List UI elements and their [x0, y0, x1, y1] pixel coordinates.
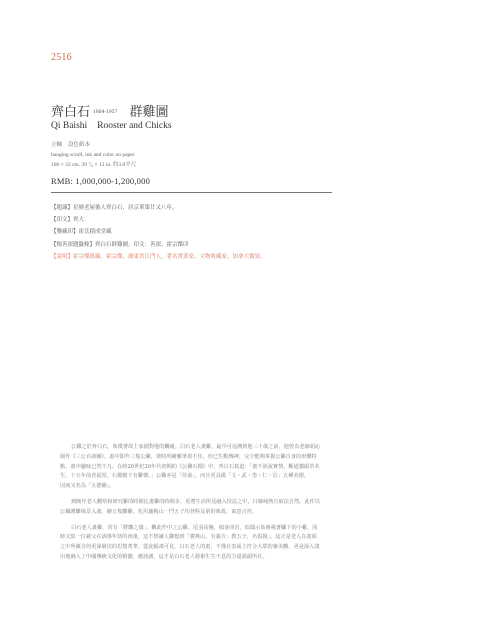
essay-line: 之中所蘊含的更深層次的思想菁華。從此幅畫可見，白石老人的畫，不僅在表面上符合大眾…	[60, 543, 426, 553]
note-inscription: 【題識】星塘老屋後人齊白石，居京華第廿又八年。	[51, 202, 266, 214]
essay-line: 出地融入了中國傳統文化的精髓，應該講，這才是白石老人藝術生生不息的力量源頭所在。	[60, 553, 426, 563]
essay-line: 生，十五年前青福厚，石榴樹下有雞聲。」公雞亦是「佳禽」，而且更具備「文・武・勇・…	[60, 472, 426, 482]
note-provenance: 【說明】霍宗傑舊藏。霍宗傑，廣東省江門人，著名實業家，文物收藏家，加拿大僑領。	[51, 251, 266, 263]
essay-paragraph: 到晚年老人觀察和研究雞的時間比畫雞的時間多，更將生活所見融入技法之中，日臻純熟且…	[60, 498, 426, 518]
title-english: Qi BaishiRooster and Chicks	[51, 121, 172, 131]
note-text: 霍氏積成堂藏	[79, 229, 112, 235]
essay-line: 白石老人畫雞，常有「將雛之儀」。觀此作中之公雞，尾羽高翹，傾身回首，似闊示始審視…	[60, 524, 426, 534]
note-seal: 【印文】齊大	[51, 214, 266, 226]
note-text: 星塘老屋後人齊白石，居京華第廿又八年。	[73, 205, 178, 211]
work-title-cn: 群雞圖	[129, 105, 168, 120]
work-title-en: Rooster and Chicks	[97, 121, 171, 131]
note-text: 齊白石群雞圖。印文：善深、霍宗傑印	[95, 242, 189, 248]
dimensions: 100 × 33 cm. 39 ⁷⁄₈ × 13 in. 約3.0平尺	[51, 160, 136, 168]
artist-name-en: Qi Baishi	[51, 121, 87, 131]
essay-line: 到晚年老人觀察和研究雞的時間比畫雞的時間多，更將生活所見融入技法之中，日臻純熟且…	[60, 498, 426, 508]
note-label: 【印文】	[51, 217, 73, 223]
essay-line: 因而又名為「五德圖」。	[60, 482, 426, 492]
title-chinese: 齊白石1864-1957群雞圖	[51, 101, 168, 120]
note-label: 【說明】	[51, 254, 73, 260]
lot-number: 2516	[51, 52, 72, 63]
essay-paragraph: 白石老人畫雞，常有「將雛之儀」。觀此作中之公雞，尾羽高翹，傾身回首，似闊示始審視…	[60, 524, 426, 563]
essay-body: 公雞之於齊白石，象徵著故土家園對他的觸碰。白石老人畫雞，最早可追溯到他三十歲之前…	[60, 443, 426, 569]
notes-list: 【題識】星塘老屋後人齊白石，居京華第廿又八年。 【印文】齊大 【鑒藏印】霍氏積成…	[51, 202, 266, 263]
estimate: RMB: 1,000,000-1,200,000	[51, 176, 150, 186]
essay-line: 時又似一位慈父在訓導年幼的孩童，這不禁讓人聯想到「竇燕山，有義方；教五子，名俱揚…	[60, 533, 426, 543]
artist-name-cn: 齊白石	[51, 105, 90, 120]
medium-cn: 設色紙本	[68, 142, 90, 148]
note-label: 【鑒藏印】	[51, 229, 79, 235]
format-english: hanging scroll, ink and color on paper	[51, 152, 135, 158]
essay-line: 園作《三公百壽圖》，畫中即作三隻公雞，彼時所繪雖筆墨不佳，但已生動傳神，完全能夠…	[60, 453, 426, 463]
note-label: 【題識】	[51, 205, 73, 211]
essay-line: 點，畫中趣味已然不凡。在約20世紀30年代初期的《公雞石榴》中，齊白石寫道：「畫…	[60, 463, 426, 473]
essay-line: 公雞護雛場景入畫，繪五隻雛雞，化用蘆梅山一門五子均登科及第的典故，寓意吉祥。	[60, 508, 426, 518]
note-collector-seal: 【鑒藏印】霍氏積成堂藏	[51, 226, 266, 238]
essay-line: 公雞之於齊白石，象徵著故土家園對他的觸碰。白石老人畫雞，最早可追溯到他三十歲之前…	[60, 443, 426, 453]
essay-paragraph: 公雞之於齊白石，象徵著故土家園對他的觸碰。白石老人畫雞，最早可追溯到他三十歲之前…	[60, 443, 426, 492]
note-label: 【楊善深題籤條】	[51, 242, 95, 248]
note-label-slip: 【楊善深題籤條】齊白石群雞圖。印文：善深、霍宗傑印	[51, 239, 266, 251]
artist-dates: 1864-1957	[93, 110, 117, 115]
divider-rule	[51, 192, 332, 193]
format-chinese: 立軸設色紙本	[51, 140, 90, 148]
format-cn: 立軸	[51, 142, 62, 148]
note-text: 霍宗傑舊藏。霍宗傑，廣東省江門人，著名實業家，文物收藏家，加拿大僑領。	[73, 254, 266, 260]
note-text: 齊大	[73, 217, 84, 223]
